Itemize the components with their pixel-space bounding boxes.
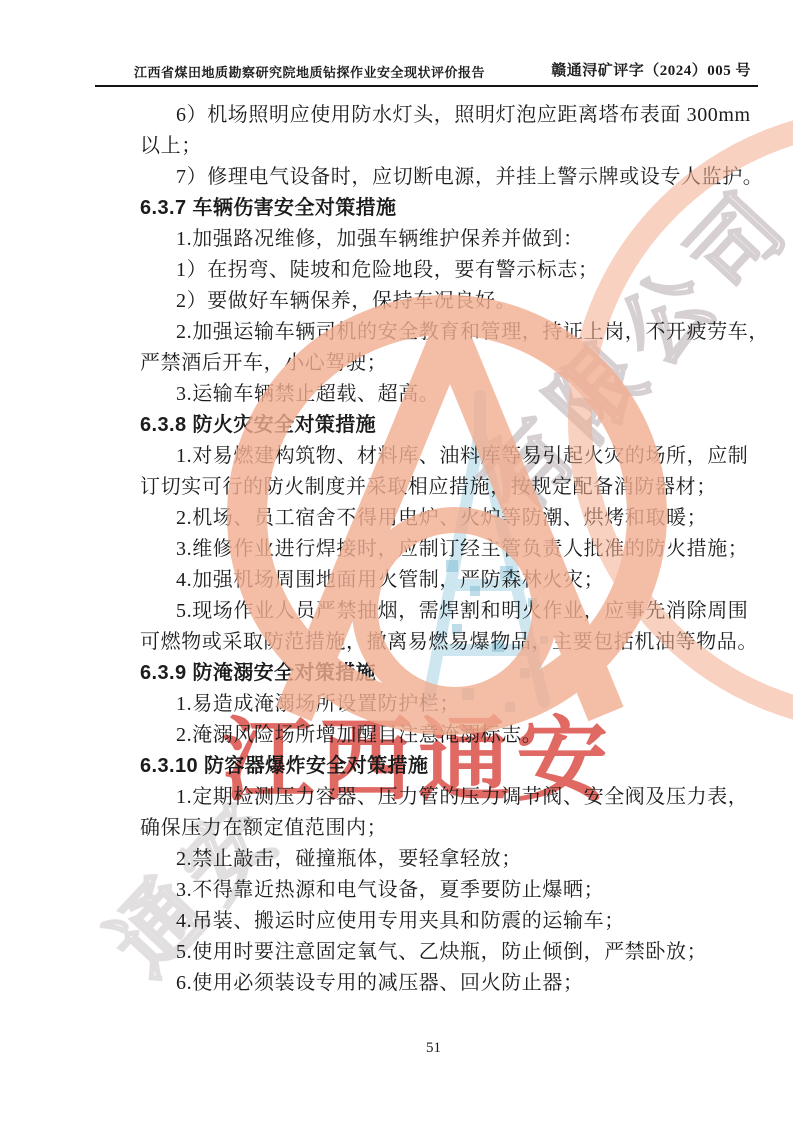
document-body: 6）机场照明应使用防水灯头，照明灯泡应距离塔布表面 300mm以上；7）修理电气… <box>140 100 744 999</box>
body-line-7: 2.加强运输车辆司机的安全教育和管理，持证上岗，不开疲劳车， <box>140 317 744 348</box>
header-title: 江西省煤田地质勘察研究院地质钻探作业安全现状评价报告 <box>134 62 485 81</box>
body-line-6: 2）要做好车辆保养，保持车况良好。 <box>140 286 744 317</box>
page-number: 51 <box>426 1040 441 1057</box>
body-line-28: 6.使用必须装设专用的减压器、回火防止器； <box>140 968 744 999</box>
body-line-15: 4.加强机场周围地面用火管制，严防森林火灾； <box>140 565 744 596</box>
body-line-4: 1.加强路况维修，加强车辆维护保养并做到： <box>140 224 744 255</box>
body-line-3: 6.3.7 车辆伤害安全对策措施 <box>140 193 744 224</box>
body-line-18: 6.3.9 防淹溺安全对策措施 <box>140 658 744 689</box>
body-line-11: 1.对易燃建构筑物、材料库、油料库等易引起火灾的场所，应制 <box>140 441 744 472</box>
body-line-24: 2.禁止敲击，碰撞瓶体，要轻拿轻放； <box>140 844 744 875</box>
body-line-14: 3.维修作业进行焊接时，应制订经主管负责人批准的防火措施； <box>140 534 744 565</box>
body-line-25: 3.不得靠近热源和电气设备，夏季要防止爆晒； <box>140 875 744 906</box>
body-line-27: 5.使用时要注意固定氧气、乙炔瓶，防止倾倒，严禁卧放； <box>140 937 744 968</box>
body-line-8: 严禁酒后开车，小心驾驶； <box>140 348 744 379</box>
body-line-2: 7）修理电气设备时，应切断电源，并挂上警示牌或设专人监护。 <box>140 162 744 193</box>
page: 有限公司 通安 江西通安 江西省煤田地质勘察研究院地质钻探作业安全现状评价报告 … <box>0 0 793 1122</box>
body-line-17: 可燃物或采取防范措施，撤离易燃易爆物品，主要包括机油等物品。 <box>140 627 744 658</box>
body-line-5: 1）在拐弯、陡坡和危险地段，要有警示标志； <box>140 255 744 286</box>
body-line-19: 1.易造成淹溺场所设置防护栏； <box>140 689 744 720</box>
body-line-0: 6）机场照明应使用防水灯头，照明灯泡应距离塔布表面 300mm <box>140 100 744 131</box>
header-rule <box>95 85 758 87</box>
body-line-20: 2.淹溺风险场所增加醒目注意淹溺标志。 <box>140 720 744 751</box>
body-line-16: 5.现场作业人员严禁抽烟，需焊割和明火作业，应事先消除周围 <box>140 596 744 627</box>
body-line-1: 以上； <box>140 131 744 162</box>
body-line-21: 6.3.10 防容器爆炸安全对策措施 <box>140 751 744 782</box>
body-line-13: 2.机场、员工宿舍不得用电炉、火炉等防潮、烘烤和取暖； <box>140 503 744 534</box>
header-doc-number: 赣通浔矿评字（2024）005 号 <box>551 59 751 80</box>
body-line-22: 1.定期检测压力容器、压力管的压力调节阀、安全阀及压力表， <box>140 782 744 813</box>
body-line-26: 4.吊装、搬运时应使用专用夹具和防震的运输车； <box>140 906 744 937</box>
body-line-23: 确保压力在额定值范围内； <box>140 813 744 844</box>
body-line-12: 订切实可行的防火制度并采取相应措施，按规定配备消防器材； <box>140 472 744 503</box>
body-line-9: 3.运输车辆禁止超载、超高。 <box>140 379 744 410</box>
body-line-10: 6.3.8 防火灾安全对策措施 <box>140 410 744 441</box>
